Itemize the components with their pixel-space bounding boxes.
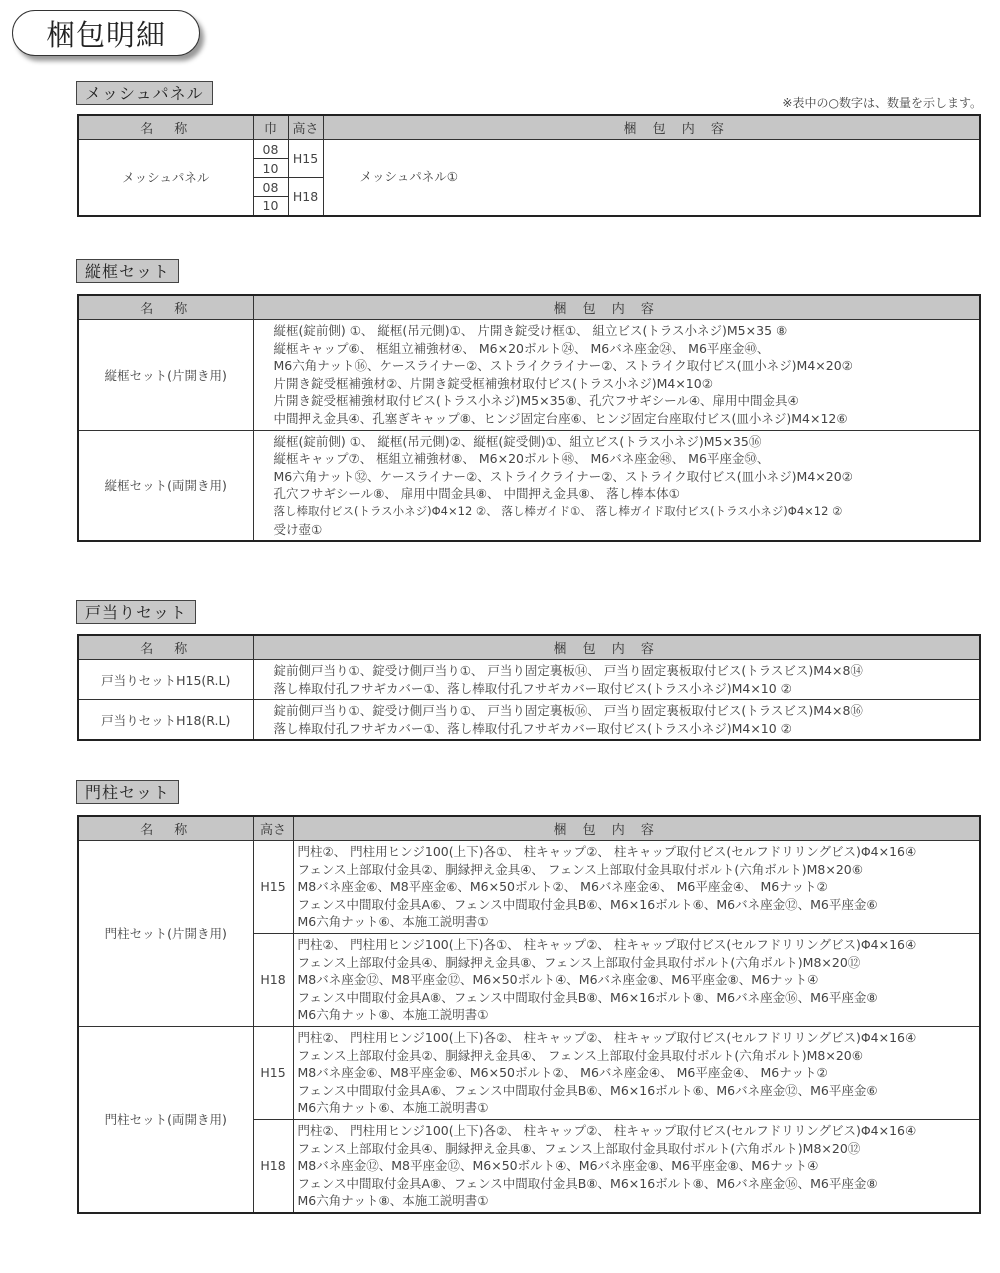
content-line: フェンス中間取付金具A⑧、フェンス中間取付金具B⑧、M6×16ボルト⑧、M6バネ… [298, 1175, 980, 1193]
content-line: フェンス上部取付金具②、胴縁押え金具④、 フェンス上部取付金具取付ボルト(六角ボ… [298, 1047, 980, 1065]
header-name: 名 称 [78, 115, 253, 140]
product-name: 縦框セット(片開き用) [78, 320, 253, 431]
vertical-frame-table: 名 称 梱 包 内 容 縦框セット(片開き用) 縦框(錠前側) ①、 縦框(吊元… [77, 294, 981, 542]
content-line: 落し棒取付孔フサギカバー①、落し棒取付孔フサギカバー取付ビス(トラス小ネジ)M4… [274, 680, 980, 698]
content-line: M6六角ナット⑯、ケースライナー②、ストライクライナー②、ストライク取付ビス(皿… [274, 357, 980, 375]
mesh-panel-table: 名 称 巾 高さ 梱 包 内 容 メッシュパネル 08 H15 メッシュパネル①… [77, 114, 981, 217]
product-name: 門柱セット(片開き用) [78, 841, 253, 1027]
table-row: 縦框セット(片開き用) 縦框(錠前側) ①、 縦框(吊元側)①、 片開き錠受け框… [78, 320, 980, 431]
width-value: 10 [253, 159, 288, 178]
product-name: 縦框セット(両開き用) [78, 430, 253, 541]
table-header-row: 名 称 巾 高さ 梱 包 内 容 [78, 115, 980, 140]
package-content: 錠前側戸当り①、錠受け側戸当り①、 戸当り固定裏板⑯、 戸当り固定裏板取付ビス(… [253, 700, 980, 741]
section-label-mesh-panel: メッシュパネル [76, 81, 213, 105]
product-name: 門柱セット(両開き用) [78, 1026, 253, 1212]
header-content: 梱 包 内 容 [253, 635, 980, 660]
content-line: 門柱②、 門柱用ヒンジ100(上下)各②、 柱キャップ②、 柱キャップ取付ビス(… [298, 1029, 980, 1047]
header-name: 名 称 [78, 635, 253, 660]
section-label-gate-post: 門柱セット [76, 780, 179, 804]
content-line: 門柱②、 門柱用ヒンジ100(上下)各①、 柱キャップ②、 柱キャップ取付ビス(… [298, 843, 980, 861]
package-content: 門柱②、 門柱用ヒンジ100(上下)各①、 柱キャップ②、 柱キャップ取付ビス(… [293, 933, 980, 1026]
content-line: 縦框(錠前側) ①、 縦框(吊元側)①、 片開き錠受け框①、 組立ビス(トラス小… [274, 322, 980, 340]
content-line: M6六角ナット⑧、本施工説明書① [298, 1192, 980, 1210]
content-line: 片開き錠受框補強材取付ビス(トラス小ネジ)M5×35⑧、孔穴フサギシール④、扉用… [274, 392, 980, 410]
table-header-row: 名 称 梱 包 内 容 [78, 295, 980, 320]
product-name: 戸当りセットH15(R.L) [78, 660, 253, 700]
content-line: フェンス中間取付金具A⑥、フェンス中間取付金具B⑥、M6×16ボルト⑥、M6バネ… [298, 896, 980, 914]
package-content: メッシュパネル① [323, 140, 980, 216]
package-content: 縦框(錠前側) ①、 縦框(吊元側)①、 片開き錠受け框①、 組立ビス(トラス小… [253, 320, 980, 431]
content-line: M6六角ナット⑧、本施工説明書① [298, 1006, 980, 1024]
content-line: 縦框(錠前側) ①、 縦框(吊元側)②、縦框(錠受側)①、組立ビス(トラス小ネジ… [274, 433, 980, 451]
door-stop-table: 名 称 梱 包 内 容 戸当りセットH15(R.L) 錠前側戸当り①、錠受け側戸… [77, 634, 981, 741]
content-line: 縦框キャップ⑦、 框組立補強材⑧、 M6×20ボルト㊽、 M6バネ座金㊽、 M6… [274, 450, 980, 468]
content-line: フェンス上部取付金具④、胴縁押え金具⑧、フェンス上部取付金具取付ボルト(六角ボル… [298, 954, 980, 972]
content-line: 縦框キャップ⑥、 框組立補強材④、 M6×20ボルト㉔、 M6バネ座金㉔、 M6… [274, 340, 980, 358]
table-header-row: 名 称 梱 包 内 容 [78, 635, 980, 660]
product-name: 戸当りセットH18(R.L) [78, 700, 253, 741]
section-label-door-stop: 戸当りセット [76, 600, 196, 624]
height-value: H18 [253, 933, 293, 1026]
section-label-vertical-frame: 縦框セット [76, 259, 179, 283]
header-height: 高さ [253, 816, 293, 841]
page-title: 梱包明細 [12, 10, 200, 56]
content-line: M8バネ座金⑥、M8平座金⑥、M6×50ボルト②、 M6バネ座金④、 M6平座金… [298, 878, 980, 896]
content-line: 落し棒取付ビス(トラス小ネジ)Φ4×12 ②、 落し棒ガイド①、 落し棒ガイド取… [274, 503, 980, 521]
gate-post-table: 名 称 高さ 梱 包 内 容 門柱セット(片開き用) H15 門柱②、 門柱用ヒ… [77, 815, 981, 1214]
table-row: 戸当りセットH15(R.L) 錠前側戸当り①、錠受け側戸当り①、 戸当り固定裏板… [78, 660, 980, 700]
package-content: 縦框(錠前側) ①、 縦框(吊元側)②、縦框(錠受側)①、組立ビス(トラス小ネジ… [253, 430, 980, 541]
content-line: 落し棒取付孔フサギカバー①、落し棒取付孔フサギカバー取付ビス(トラス小ネジ)M4… [274, 720, 980, 738]
package-content: 門柱②、 門柱用ヒンジ100(上下)各②、 柱キャップ②、 柱キャップ取付ビス(… [293, 1119, 980, 1212]
content-line: フェンス上部取付金具④、胴縁押え金具⑧、フェンス上部取付金具取付ボルト(六角ボル… [298, 1140, 980, 1158]
header-height: 高さ [288, 115, 323, 140]
height-value: H15 [288, 140, 323, 178]
content-line: M8バネ座金⑫、M8平座金⑫、M6×50ボルト④、M6バネ座金⑧、M6平座金⑧、… [298, 1157, 980, 1175]
content-line: M6六角ナット⑥、本施工説明書① [298, 1099, 980, 1117]
table-row: 戸当りセットH18(R.L) 錠前側戸当り①、錠受け側戸当り①、 戸当り固定裏板… [78, 700, 980, 741]
product-name: メッシュパネル [78, 140, 253, 216]
content-line: 門柱②、 門柱用ヒンジ100(上下)各②、 柱キャップ②、 柱キャップ取付ビス(… [298, 1122, 980, 1140]
package-content: 錠前側戸当り①、錠受け側戸当り①、 戸当り固定裏板⑭、 戸当り固定裏板取付ビス(… [253, 660, 980, 700]
table-row: 縦框セット(両開き用) 縦框(錠前側) ①、 縦框(吊元側)②、縦框(錠受側)①… [78, 430, 980, 541]
height-value: H15 [253, 841, 293, 934]
content-line: 門柱②、 門柱用ヒンジ100(上下)各①、 柱キャップ②、 柱キャップ取付ビス(… [298, 936, 980, 954]
table-row: メッシュパネル 08 H15 メッシュパネル① [78, 140, 980, 159]
content-line: 片開き錠受框補強材②、片開き錠受框補強材取付ビス(トラス小ネジ)M4×10② [274, 375, 980, 393]
width-value: 10 [253, 197, 288, 216]
header-content: 梱 包 内 容 [253, 295, 980, 320]
content-line: 錠前側戸当り①、錠受け側戸当り①、 戸当り固定裏板⑭、 戸当り固定裏板取付ビス(… [274, 662, 980, 680]
content-line: M8バネ座金⑥、M8平座金⑥、M6×50ボルト②、 M6バネ座金④、 M6平座金… [298, 1064, 980, 1082]
header-name: 名 称 [78, 295, 253, 320]
content-line: 受け壺① [274, 521, 980, 539]
header-content: 梱 包 内 容 [323, 115, 980, 140]
package-content: 門柱②、 門柱用ヒンジ100(上下)各②、 柱キャップ②、 柱キャップ取付ビス(… [293, 1026, 980, 1119]
content-line: M6六角ナット㉜、ケースライナー②、ストライクライナー②、ストライク取付ビス(皿… [274, 468, 980, 486]
content-line: 中間押え金具④、孔塞ぎキャップ⑧、ヒンジ固定台座⑥、ヒンジ固定台座取付ビス(皿小… [274, 410, 980, 428]
header-width: 巾 [253, 115, 288, 140]
height-value: H18 [288, 178, 323, 216]
width-value: 08 [253, 140, 288, 159]
content-line: M6六角ナット⑥、本施工説明書① [298, 913, 980, 931]
content-line: 孔穴フサギシール⑧、 扉用中間金具⑧、 中間押え金具⑧、 落し棒本体① [274, 485, 980, 503]
quantity-note: ※表中の○数字は、数量を示します。 [782, 94, 982, 111]
content-line: フェンス中間取付金具A⑥、フェンス中間取付金具B⑥、M6×16ボルト⑥、M6バネ… [298, 1082, 980, 1100]
table-row: 門柱セット(片開き用) H15 門柱②、 門柱用ヒンジ100(上下)各①、 柱キ… [78, 841, 980, 934]
content-line: M8バネ座金⑫、M8平座金⑫、M6×50ボルト④、M6バネ座金⑧、M6平座金⑧、… [298, 971, 980, 989]
height-value: H15 [253, 1026, 293, 1119]
content-line: 錠前側戸当り①、錠受け側戸当り①、 戸当り固定裏板⑯、 戸当り固定裏板取付ビス(… [274, 702, 980, 720]
package-content: 門柱②、 門柱用ヒンジ100(上下)各①、 柱キャップ②、 柱キャップ取付ビス(… [293, 841, 980, 934]
height-value: H18 [253, 1119, 293, 1212]
content-line: フェンス中間取付金具A⑧、フェンス中間取付金具B⑧、M6×16ボルト⑧、M6バネ… [298, 989, 980, 1007]
header-content: 梱 包 内 容 [293, 816, 980, 841]
width-value: 08 [253, 178, 288, 197]
table-header-row: 名 称 高さ 梱 包 内 容 [78, 816, 980, 841]
table-row: 門柱セット(両開き用) H15 門柱②、 門柱用ヒンジ100(上下)各②、 柱キ… [78, 1026, 980, 1119]
content-line: フェンス上部取付金具②、胴縁押え金具④、 フェンス上部取付金具取付ボルト(六角ボ… [298, 861, 980, 879]
header-name: 名 称 [78, 816, 253, 841]
